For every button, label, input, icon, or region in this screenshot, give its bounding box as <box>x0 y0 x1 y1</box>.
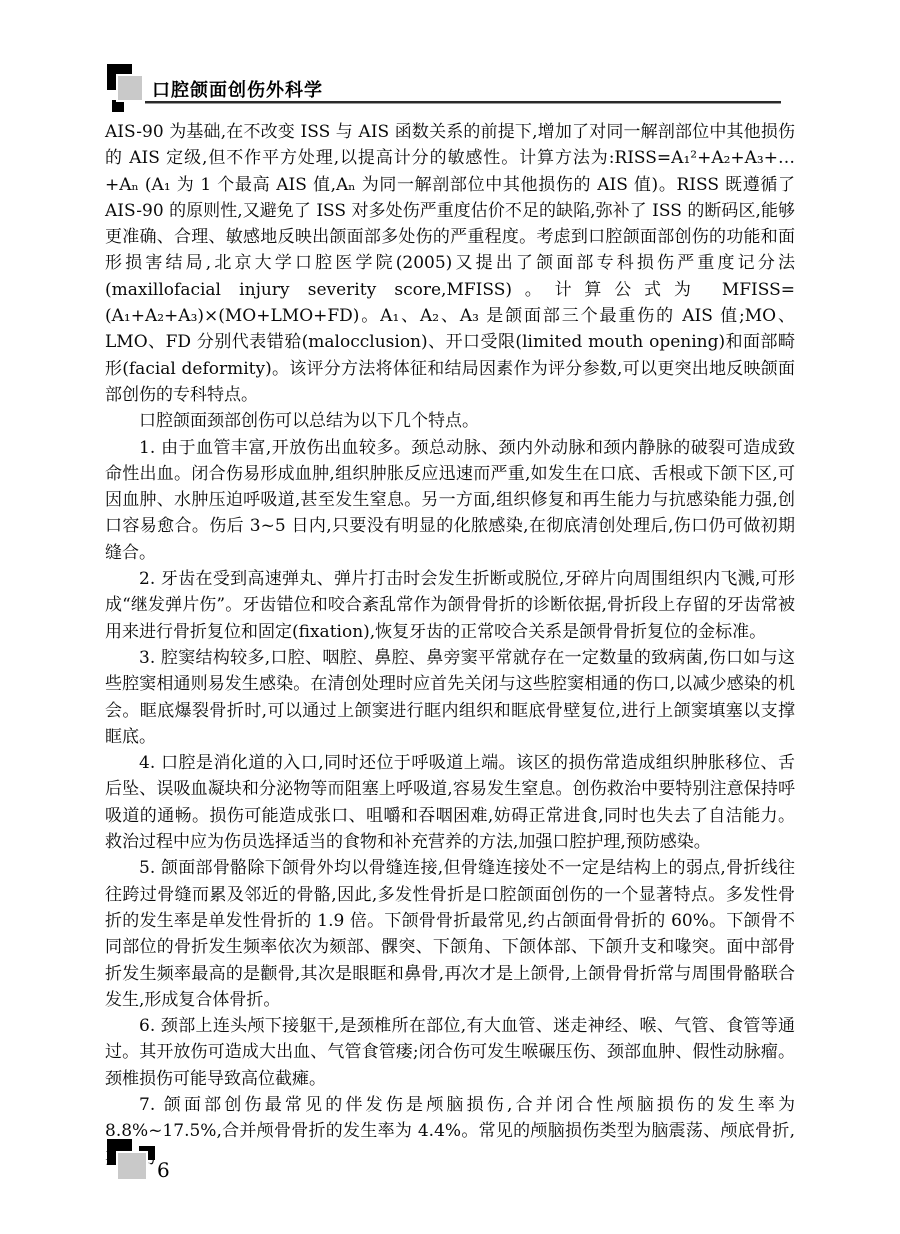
paragraph: 4. 口腔是消化道的入口,同时还位于呼吸道上端。该区的损伤常造成组织肿胀移位、舌… <box>105 750 795 855</box>
logo-gray-square-icon <box>116 74 144 102</box>
paragraph: 5. 颌面部骨骼除下颌骨外均以骨缝连接,但骨缝连接处不一定是结构上的弱点,骨折线… <box>105 855 795 1013</box>
paragraph: 口腔颌面颈部创伤可以总结为以下几个特点。 <box>105 408 795 434</box>
paragraph: AIS-90 为基础,在不改变 ISS 与 AIS 函数关系的前提下,增加了对同… <box>105 119 795 408</box>
page-body-text: AIS-90 为基础,在不改变 ISS 与 AIS 函数关系的前提下,增加了对同… <box>105 119 795 1171</box>
page-number: 6 <box>157 1158 170 1182</box>
paragraph: 7. 颌面部创伤最常见的伴发伤是颅脑损伤,合并闭合性颅脑损伤的发生率为 8.8%… <box>105 1092 795 1171</box>
book-page: 口腔颌面创伤外科学 AIS-90 为基础,在不改变 ISS 与 AIS 函数关系… <box>0 0 900 1234</box>
paragraph: 1. 由于血管丰富,开放伤出血较多。颈总动脉、颈内外动脉和颈内静脉的破裂可造成致… <box>105 435 795 566</box>
paragraph: 6. 颈部上连头颅下接躯干,是颈椎所在部位,有大血管、迷走神经、喉、气管、食管等… <box>105 1013 795 1092</box>
running-head-title: 口腔颌面创伤外科学 <box>152 76 323 102</box>
header-logo <box>107 64 157 114</box>
paragraph: 3. 腔窦结构较多,口腔、咽腔、鼻腔、鼻旁窦平常就存在一定数量的致病菌,伤口如与… <box>105 645 795 750</box>
header-divider <box>145 101 781 104</box>
logo-gray-square-icon <box>116 1151 148 1181</box>
paragraph: 2. 牙齿在受到高速弹丸、弹片打击时会发生折断或脱位,牙碎片向周围组织内飞溅,可… <box>105 566 795 645</box>
